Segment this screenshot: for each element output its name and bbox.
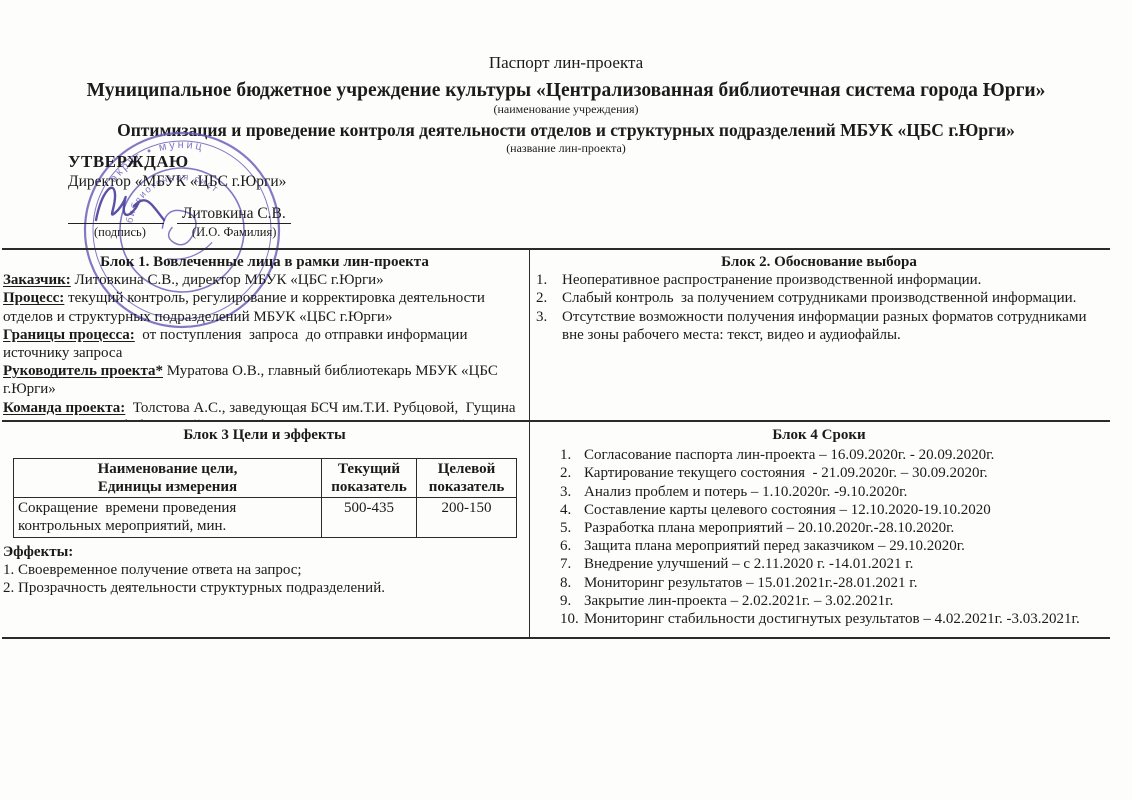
blocks-table: Блок 1. Вовлеченные лица в рамки лин-про… [2, 248, 1110, 639]
item-text: Слабый контроль за получением сотрудника… [562, 289, 1104, 307]
item-number: 5. [560, 519, 584, 537]
document-page: Паспорт лин-проекта Муниципальное бюджет… [0, 0, 1132, 800]
item-number: 4. [560, 501, 584, 519]
item-number: 3. [560, 483, 584, 501]
goals-header-goal: Наименование цели, Единицы измерения [14, 459, 322, 498]
goals-table: Наименование цели, Единицы измерения Тек… [13, 458, 517, 537]
block1-cell: Блок 1. Вовлеченные лица в рамки лин-про… [2, 250, 530, 422]
block1-entry: Процесс: текущий контроль, регулирование… [3, 289, 526, 325]
block3-title: Блок 3 Цели и эффекты [3, 426, 526, 444]
project-name: Оптимизация и проведение контроля деятел… [0, 120, 1132, 141]
block4-list-item: 2.Картирование текущего состояния - 21.0… [560, 464, 1104, 482]
entry-label: Границы процесса: [3, 327, 135, 343]
item-number: 1. [536, 271, 562, 289]
item-number: 8. [560, 574, 584, 592]
goals-header-row: Наименование цели, Единицы измерения Тек… [14, 459, 517, 498]
entry-label: Команда проекта: [3, 400, 125, 416]
signature-line [68, 223, 164, 224]
item-number: 2. [560, 464, 584, 482]
item-number: 9. [560, 592, 584, 610]
director-name: Литовкина С.В. [177, 204, 291, 224]
effects-list: 1. Своевременное получение ответа на зап… [3, 561, 526, 597]
block4-cell: Блок 4 Сроки 1.Согласование паспорта лин… [530, 422, 1110, 637]
name-caption: (И.О. Фамилия) [192, 225, 276, 240]
block4-title: Блок 4 Сроки [534, 426, 1104, 444]
block4-list-item: 6.Защита плана мероприятий перед заказчи… [560, 537, 1104, 555]
item-text: Мониторинг результатов – 15.01.2021г.-28… [584, 574, 1104, 592]
sign-caption: (подпись) [94, 225, 146, 240]
item-text: Отсутствие возможности получения информа… [562, 308, 1104, 344]
entry-label: Руководитель проекта* [3, 363, 163, 379]
document-header: Паспорт лин-проекта Муниципальное бюджет… [0, 53, 1132, 155]
block2-title: Блок 2. Обоснование выбора [534, 253, 1104, 271]
item-text: Мониторинг стабильности достигнутых резу… [584, 610, 1104, 628]
current-value-cell: 500-435 [322, 498, 417, 537]
item-text: Картирование текущего состояния - 21.09.… [584, 464, 1104, 482]
item-number: 10. [560, 610, 584, 628]
item-text: Разработка плана мероприятий – 20.10.202… [584, 519, 1104, 537]
signature-row: Литовкина С.В. [68, 200, 291, 224]
block2-list: 1.Неоперативное распространение производ… [536, 271, 1104, 344]
item-number: 6. [560, 537, 584, 555]
entry-text: Литовкина С.В., директор МБУК «ЦБС г.Юрг… [71, 272, 384, 288]
goals-header-current: Текущий показатель [322, 459, 417, 498]
block1-entries: Заказчик: Литовкина С.В., директор МБУК … [3, 271, 526, 422]
goals-data-row: Сокращение времени проведения контрольны… [14, 498, 517, 537]
block2-list-item: 2.Слабый контроль за получением сотрудни… [536, 289, 1104, 307]
item-text: Неоперативное распространение производст… [562, 271, 1104, 289]
block1-entry: Заказчик: Литовкина С.В., директор МБУК … [3, 271, 526, 289]
signature-captions: (подпись) (И.О. Фамилия) [68, 225, 291, 240]
entry-text: текущий контроль, регулирование и коррек… [3, 290, 489, 324]
item-number: 3. [536, 308, 562, 344]
approve-heading: УТВЕРЖДАЮ [68, 151, 291, 172]
block4-list-item: 8.Мониторинг результатов – 15.01.2021г.-… [560, 574, 1104, 592]
item-text: Анализ проблем и потерь – 1.10.2020г. -9… [584, 483, 1104, 501]
item-text: Закрытие лин-проекта – 2.02.2021г. – 3.0… [584, 592, 1104, 610]
block1-entry: Команда проекта: Толстова А.С., заведующ… [3, 399, 526, 422]
block3-cell: Блок 3 Цели и эффекты Наименование цели,… [2, 422, 530, 637]
organization-caption: (наименование учреждения) [0, 102, 1132, 116]
entry-label: Процесс: [3, 290, 64, 306]
block1-entry: Границы процесса: от поступления запроса… [3, 326, 526, 362]
block4-list-item: 1.Согласование паспорта лин-проекта – 16… [560, 446, 1104, 464]
approval-block: УТВЕРЖДАЮ Директор «МБУК «ЦБС г.Юрги» Ли… [68, 151, 291, 240]
item-text: Согласование паспорта лин-проекта – 16.0… [584, 446, 1104, 464]
item-number: 2. [536, 289, 562, 307]
block2-cell: Блок 2. Обоснование выбора 1.Неоперативн… [530, 250, 1110, 422]
block4-list-item: 10.Мониторинг стабильности достигнутых р… [560, 610, 1104, 628]
item-number: 1. [560, 446, 584, 464]
entry-label: Заказчик: [3, 272, 71, 288]
page-title: Паспорт лин-проекта [0, 53, 1132, 73]
goals-header-target: Целевой показатель [417, 459, 517, 498]
block4-list-item: 4.Составление карты целевого состояния –… [560, 501, 1104, 519]
block1-entry: Руководитель проекта* Муратова О.В., гла… [3, 362, 526, 398]
block2-list-item: 3.Отсутствие возможности получения инфор… [536, 308, 1104, 344]
block4-list-item: 5.Разработка плана мероприятий – 20.10.2… [560, 519, 1104, 537]
effect-item: 2. Прозрачность деятельности структурных… [3, 579, 526, 597]
effects-label: Эффекты: [3, 543, 526, 561]
item-text: Защита плана мероприятий перед заказчико… [584, 537, 1104, 555]
block4-list-item: 7.Внедрение улучшений – с 2.11.2020 г. -… [560, 555, 1104, 573]
block4-list: 1.Согласование паспорта лин-проекта – 16… [560, 446, 1104, 628]
block4-list-item: 9.Закрытие лин-проекта – 2.02.2021г. – 3… [560, 592, 1104, 610]
organization-name: Муниципальное бюджетное учреждение культ… [0, 79, 1132, 102]
item-text: Внедрение улучшений – с 2.11.2020 г. -14… [584, 555, 1104, 573]
goal-cell: Сокращение времени проведения контрольны… [14, 498, 322, 537]
target-value-cell: 200-150 [417, 498, 517, 537]
effect-item: 1. Своевременное получение ответа на зап… [3, 561, 526, 579]
item-number: 7. [560, 555, 584, 573]
block1-title: Блок 1. Вовлеченные лица в рамки лин-про… [3, 253, 526, 271]
block4-list-item: 3.Анализ проблем и потерь – 1.10.2020г. … [560, 483, 1104, 501]
director-line: Директор «МБУК «ЦБС г.Юрги» [68, 172, 291, 191]
block2-list-item: 1.Неоперативное распространение производ… [536, 271, 1104, 289]
item-text: Составление карты целевого состояния – 1… [584, 501, 1104, 519]
